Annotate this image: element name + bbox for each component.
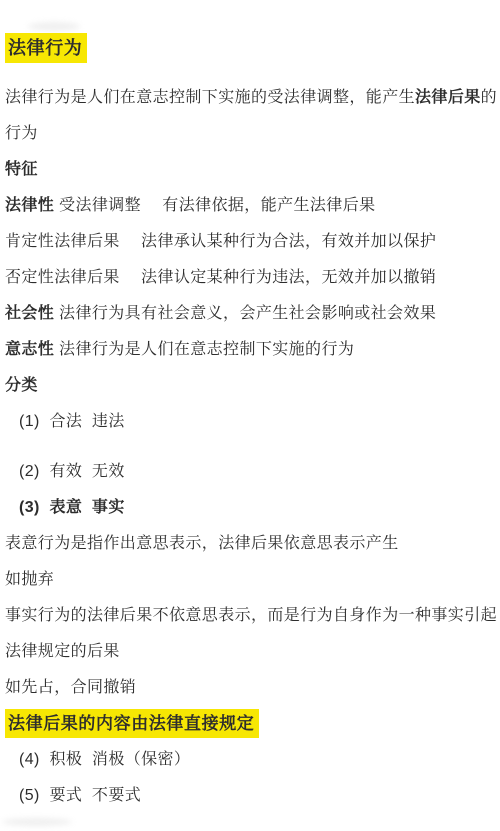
paragraph-line: 法律规定的后果 — [5, 634, 496, 670]
text-segment: 法律规定的后果 — [5, 643, 120, 660]
list-item: (1) 合法 违法 — [5, 404, 496, 440]
paragraph-line: 法律行为是人们在意志控制下实施的受法律调整，能产生法律后果的 — [5, 80, 496, 116]
text-segment: 否定性法律后果 法律认定某种行为违法，无效并加以撤销 — [5, 269, 436, 286]
bold-term: (3) 表意 事实 — [19, 499, 125, 516]
highlighted-text: 法律行为 — [5, 33, 87, 63]
text-segment: 如先占，合同撤销 — [5, 679, 136, 696]
text-segment: (4) 积极 消极（保密） — [19, 751, 190, 768]
list-item: (5) 要式 不要式 — [5, 778, 496, 814]
paragraph-line: 肯定性法律后果 法律承认某种行为合法，有效并加以保护 — [5, 224, 496, 260]
document-body: 法律行为法律行为是人们在意志控制下实施的受法律调整，能产生法律后果的行为特征法律… — [0, 0, 500, 814]
scan-smudge — [2, 818, 72, 826]
paragraph-line: 法律性 受法律调整 有法律依据，能产生法律后果 — [5, 188, 496, 224]
bold-term: 特征 — [5, 161, 38, 178]
text-segment: 如抛弃 — [5, 571, 54, 588]
text-segment: (1) 合法 违法 — [19, 413, 125, 430]
section-heading: 特征 — [5, 152, 496, 188]
text-segment: 事实行为的法律后果不依意思表示，而是行为自身作为一种事实引起 — [5, 607, 497, 624]
page-title: 法律行为 — [5, 28, 496, 68]
text-segment: 肯定性法律后果 法律承认某种行为合法，有效并加以保护 — [5, 233, 436, 250]
paragraph-line: 如抛弃 — [5, 562, 496, 598]
paragraph-line: 表意行为是指作出意思表示，法律后果依意思表示产生 — [5, 526, 496, 562]
text-segment: 受法律调整 有法律依据，能产生法律后果 — [54, 197, 375, 214]
bold-term: 法律性 — [5, 197, 54, 214]
bold-term: 意志性 — [5, 341, 54, 358]
document-page: { "page": { "background": "#ffffff", "te… — [0, 0, 500, 831]
text-segment: 法律行为具有社会意义，会产生社会影响或社会效果 — [54, 305, 436, 322]
paragraph-line: 事实行为的法律后果不依意思表示，而是行为自身作为一种事实引起 — [5, 598, 496, 634]
highlighted-text: 法律后果的内容由法律直接规定 — [5, 709, 259, 738]
text-segment: (2) 有效 无效 — [19, 463, 125, 480]
paragraph-line: 行为 — [5, 116, 496, 152]
list-item: (2) 有效 无效 — [5, 454, 496, 490]
bold-term: 社会性 — [5, 305, 54, 322]
text-segment: 的 — [481, 89, 497, 106]
bold-term: 法律后果 — [415, 89, 481, 106]
list-item: (4) 积极 消极（保密） — [5, 742, 496, 778]
text-segment: 法律行为是人们在意志控制下实施的受法律调整，能产生 — [5, 89, 415, 106]
section-heading: 分类 — [5, 368, 496, 404]
text-segment: (5) 要式 不要式 — [19, 787, 141, 804]
bold-term: 分类 — [5, 377, 38, 394]
paragraph-line: 意志性 法律行为是人们在意志控制下实施的行为 — [5, 332, 496, 368]
list-item: (3) 表意 事实 — [5, 490, 496, 526]
text-segment: 行为 — [5, 125, 38, 142]
highlight-heading: 法律后果的内容由法律直接规定 — [5, 706, 496, 742]
paragraph-line: 如先占，合同撤销 — [5, 670, 496, 706]
paragraph-line: 否定性法律后果 法律认定某种行为违法，无效并加以撤销 — [5, 260, 496, 296]
text-segment: 法律行为是人们在意志控制下实施的行为 — [54, 341, 354, 358]
paragraph-line: 社会性 法律行为具有社会意义，会产生社会影响或社会效果 — [5, 296, 496, 332]
text-segment: 表意行为是指作出意思表示，法律后果依意思表示产生 — [5, 535, 399, 552]
